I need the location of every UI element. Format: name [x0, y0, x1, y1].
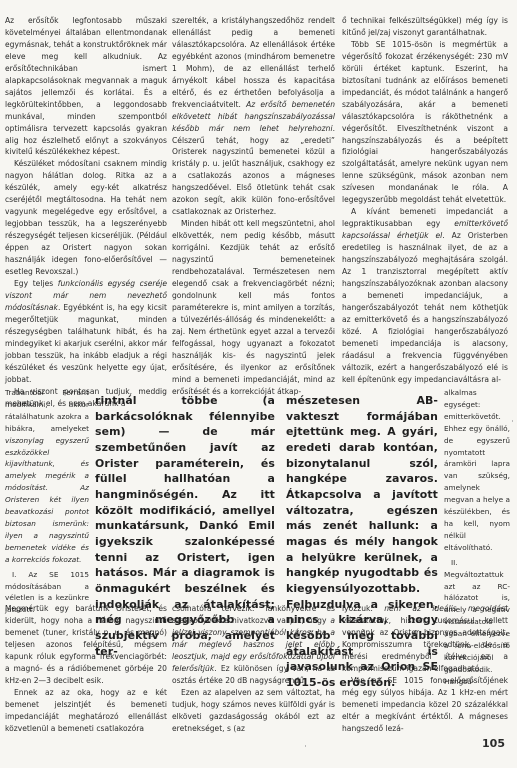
magazine-page: Az erősítők legfontosabb műszaki követel… — [0, 0, 517, 768]
middle-left-narrow-column: Trabantból Ferrarit modifikálni, akkor r… — [5, 387, 89, 616]
paragraph: Több SE 1015-ösön is megmértük a végerős… — [342, 39, 508, 206]
paragraph: szerelték, a kristályhangszedőhöz rendel… — [172, 15, 335, 218]
scan-speck — [305, 745, 306, 747]
paragraph: Egy teljes funkcionális egység cseréje v… — [5, 278, 167, 386]
paragraph: Trabantból Ferrarit modifikálni, akkor r… — [5, 387, 89, 566]
page-number: 105 — [482, 737, 505, 750]
lower-column-2: csolhatóra tervezik. Tankönyvekre és sza… — [172, 603, 335, 734]
paragraph: Minden hibát ott kell megszüntetni, ahol… — [172, 218, 335, 397]
paragraph: Ezen az alapelven az sem változtat, ha t… — [172, 687, 335, 735]
lower-column-3: lyozzuk: nem az ideális megoldást válasz… — [342, 603, 508, 734]
paragraph: lyozzuk: nem az ideális megoldást válasz… — [342, 603, 508, 675]
lower-column-1: Megmértük egy barátunk Oristerét, és kid… — [5, 603, 167, 734]
paragraph: Ennek az az oka, hogy az e két bemenet j… — [5, 687, 167, 735]
paragraph: Megmértük egy barátunk Oristerét, és kid… — [5, 603, 167, 687]
paragraph: alkalmas egységet: emitterkövetőt. Ehhez… — [444, 387, 510, 554]
paragraph: ő technikai felkészültségükkel) még így … — [342, 15, 508, 39]
paragraph: A kívánt bemeneti impedanciát a legprakt… — [342, 206, 508, 385]
emphasis: viszonylag egyszerű eszközökkel kijavíth… — [5, 436, 89, 564]
upper-column-1: Az erősítők legfontosabb műszaki követel… — [5, 15, 167, 409]
paragraph: Az erősítők legfontosabb műszaki követel… — [5, 15, 167, 158]
paragraph: Van az SE 1015 fono-előerősítőjének még … — [342, 675, 508, 735]
upper-column-2: szerelték, a kristályhangszedőhöz rendel… — [172, 15, 335, 398]
paragraph: Készüléket módosítani csaknem mindig nag… — [5, 158, 167, 278]
upper-column-3: ő technikai felkészültségükkel) még így … — [342, 15, 508, 386]
paragraph: csolhatóra tervezik. Tankönyvekre és sza… — [172, 603, 335, 687]
scan-speck — [512, 420, 513, 422]
